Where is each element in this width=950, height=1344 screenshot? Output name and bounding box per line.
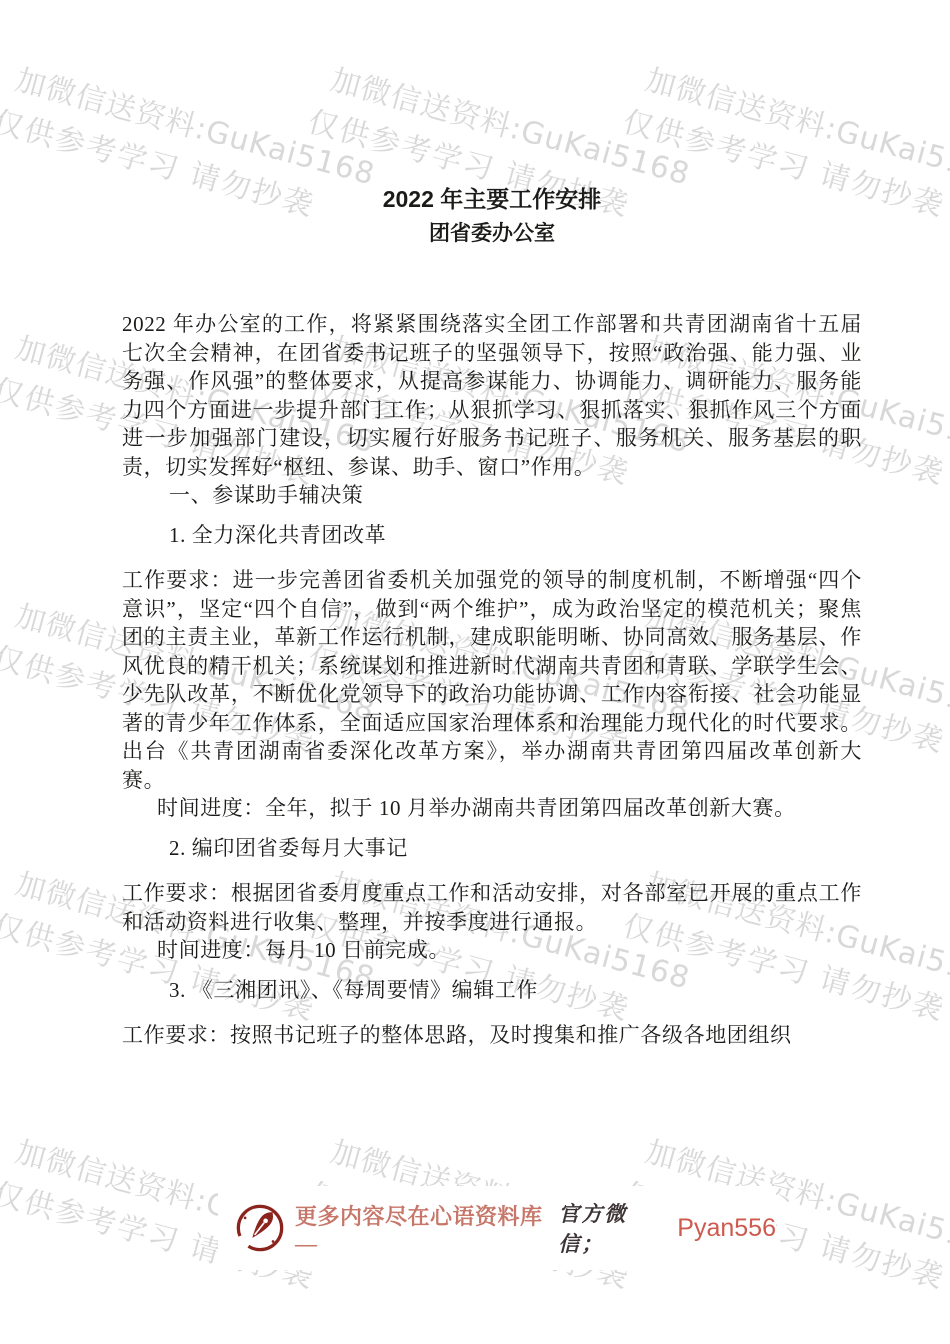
- footer-wechat-label: 官方微信；: [558, 1198, 670, 1258]
- body-paragraph: 工作要求：进一步完善团省委机关加强党的领导的制度机制，不断增强“四个意识”，坚定…: [122, 566, 862, 794]
- doc-title: 2022 年主要工作安排: [122, 184, 862, 214]
- pen-nib-logo: [234, 1202, 286, 1254]
- numbered-heading: 3. 《三湘团讯》、《每周要情》编辑工作: [122, 976, 862, 1005]
- doc-subtitle: 团省委办公室: [122, 220, 862, 248]
- intro-paragraph: 2022 年办公室的工作，将紧紧围绕落实全团工作部署和共青团湖南省十五届七次全会…: [122, 310, 862, 481]
- body-paragraph: 工作要求：按照书记班子的整体思路，及时搜集和推广各级各地团组织: [122, 1021, 862, 1050]
- indent-paragraph: 时间进度：每月 10 日前完成。: [122, 936, 862, 965]
- footer-wechat-id: Pyan556: [677, 1214, 776, 1243]
- section-heading: 一、参谋助手辅决策: [122, 481, 862, 510]
- document-page: 加微信送资料:GuKai5168仅供参考学习 请勿抄袭加微信送资料:GuKai5…: [0, 0, 950, 1344]
- numbered-heading: 1. 全力深化共青团改革: [122, 521, 862, 550]
- footer-brand-bar: 更多内容尽在心语资料库— 官方微信； Pyan556: [218, 1186, 776, 1270]
- document-content: 2022 年主要工作安排 团省委办公室 2022 年办公室的工作，将紧紧围绕落实…: [0, 0, 950, 1050]
- body-paragraph: 工作要求：根据团省委月度重点工作和活动安排，对各部室已开展的重点工作和活动资料进…: [122, 879, 862, 936]
- footer-brand-text: 更多内容尽在心语资料库—: [295, 1200, 558, 1257]
- indent-paragraph: 时间进度：全年，拟于 10 月举办湖南共青团第四届改革创新大赛。: [122, 794, 862, 823]
- paragraph-list: 2022 年办公室的工作，将紧紧围绕落实全团工作部署和共青团湖南省十五届七次全会…: [122, 310, 862, 1050]
- numbered-heading: 2. 编印团省委每月大事记: [122, 834, 862, 863]
